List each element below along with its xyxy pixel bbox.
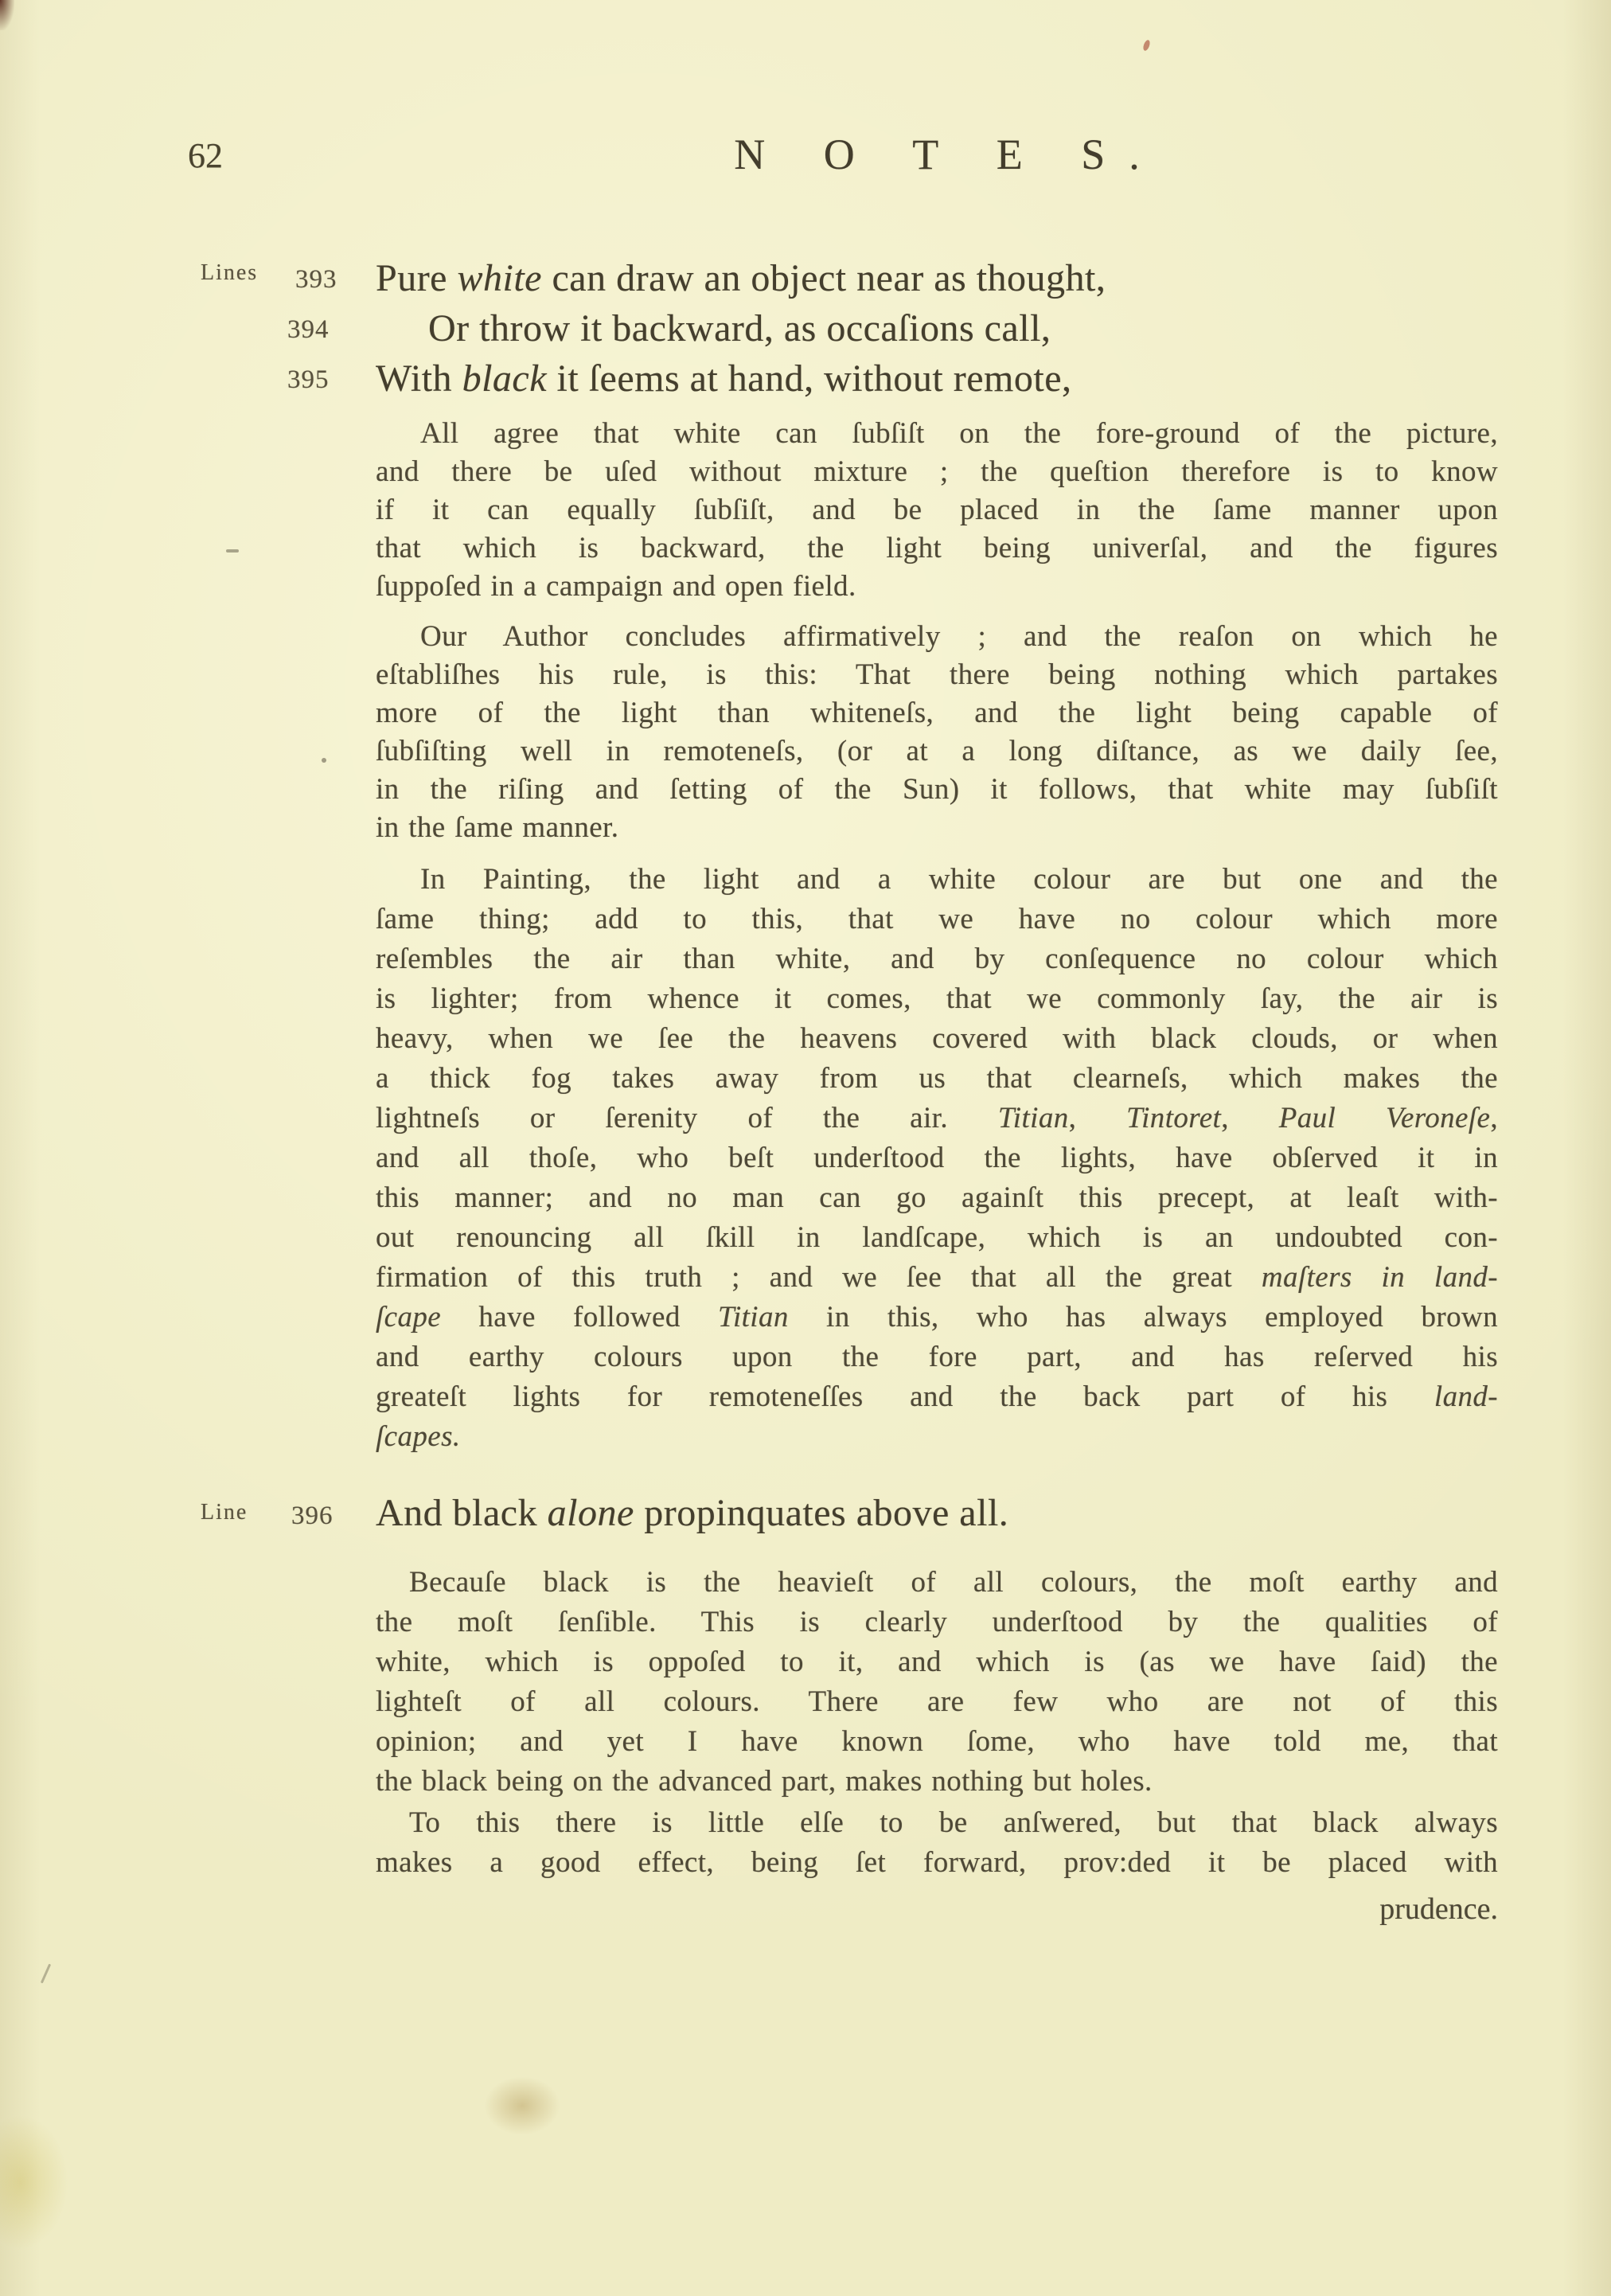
paper-speck-red — [1142, 39, 1151, 52]
note-text-line: greateſt lights for remoteneſſes and the… — [376, 1377, 1498, 1417]
note-paragraph-4: Becauſe black is the heavieſt of all col… — [376, 1563, 1498, 1802]
catchword: prudence. — [376, 1892, 1498, 1927]
note-text-line: in the ſame manner. — [376, 809, 1498, 847]
note-text-line: eſtabliſhes his rule, is this: That ther… — [376, 656, 1498, 694]
verse-line: Pure white can draw an object near as th… — [376, 253, 1498, 303]
margin-line-number-396: 396 — [291, 1501, 334, 1531]
note-paragraph-1: All agree that white can ſubſiſt on the … — [376, 415, 1498, 606]
verse-quotation: Pure white can draw an object near as th… — [376, 253, 1498, 404]
running-head-title: N O T E S. — [376, 130, 1498, 179]
note-text-line: is lighter; from whence it comes, that w… — [376, 979, 1498, 1019]
note-text-line: ſcapes. — [376, 1417, 1498, 1457]
note-text-line: white, which is oppoſed to it, and which… — [376, 1642, 1498, 1682]
note-text-line: more of the light than whiteneſs, and th… — [376, 694, 1498, 732]
note-text-line: To this there is little elſe to be anſwe… — [376, 1803, 1498, 1843]
note-paragraph-3: In Painting, the light and a white colou… — [376, 860, 1498, 1457]
page-number: 62 — [188, 135, 223, 176]
note-text-line: Our Author concludes affirmatively ; and… — [376, 618, 1498, 656]
note-text-line: firmation of this truth ; and we ſee tha… — [376, 1258, 1498, 1298]
margin-label-lines-word: Lines — [201, 260, 258, 286]
note-text-line: and all thoſe, who beſt underſtood the l… — [376, 1138, 1498, 1178]
margin-label-line-word: Line — [201, 1500, 248, 1525]
note-text-line: and there be uſed without mixture ; the … — [376, 453, 1498, 491]
note-text-line: the moſt ſenſible. This is clearly under… — [376, 1603, 1498, 1642]
verse-line: And black alone propinquates above all. — [376, 1488, 1498, 1538]
scan-edge-mark — [0, 0, 14, 30]
note-text-line: ſcape have followed Titian in this, who … — [376, 1298, 1498, 1337]
note-text-line: In Painting, the light and a white colou… — [376, 860, 1498, 900]
note-text-line: reſembles the air than white, and by con… — [376, 939, 1498, 979]
note-text-line: Becauſe black is the heavieſt of all col… — [376, 1563, 1498, 1603]
book-page-scan: 62 N O T E S. Lines 393 394 395 Pure whi… — [0, 0, 1611, 2296]
note-text-line: lighteſt of all colours. There are few w… — [376, 1682, 1498, 1722]
verse-line: With black it ſeems at hand, without rem… — [376, 353, 1498, 404]
paper-stain-yellow — [0, 2114, 68, 2250]
margin-line-number-395: 395 — [287, 365, 330, 395]
margin-line-number-393: 393 — [295, 265, 337, 295]
note-text-line: lightneſs or ſerenity of the air. Titian… — [376, 1099, 1498, 1138]
paper-speck-dot — [322, 758, 326, 763]
note-text-line: ſubſiſting well in remoteneſs, (or at a … — [376, 732, 1498, 771]
paper-speck-slash — [41, 1964, 51, 1984]
note-text-line: opinion; and yet I have known ſome, who … — [376, 1722, 1498, 1762]
note-text-line: that which is backward, the light being … — [376, 529, 1498, 568]
note-text-line: heavy, when we ſee the heavens covered w… — [376, 1019, 1498, 1059]
note-text-line: and earthy colours upon the fore part, a… — [376, 1337, 1498, 1377]
note-text-line: in the riſing and ſetting of the Sun) it… — [376, 771, 1498, 809]
note-text-line: out renouncing all ſkill in landſcape, w… — [376, 1218, 1498, 1258]
paper-speck-dash — [226, 549, 239, 553]
note-text-line: this manner; and no man can go againſt t… — [376, 1178, 1498, 1218]
note-text-line: the black being on the advanced part, ma… — [376, 1762, 1498, 1802]
note-text-line: All agree that white can ſubſiſt on the … — [376, 415, 1498, 453]
note-paragraph-5: To this there is little elſe to be anſwe… — [376, 1803, 1498, 1883]
note-text-line: a thick fog takes away from us that clea… — [376, 1059, 1498, 1099]
verse-line-396: And black alone propinquates above all. — [376, 1488, 1498, 1538]
margin-line-number-394: 394 — [287, 315, 330, 345]
note-text-line: if it can equally ſubſiſt, and be placed… — [376, 491, 1498, 529]
paper-stain-brown — [484, 2076, 560, 2135]
note-paragraph-2: Our Author concludes affirmatively ; and… — [376, 618, 1498, 847]
note-text-line: makes a good effect, being ſet forward, … — [376, 1843, 1498, 1883]
note-text-line: ſame thing; add to this, that we have no… — [376, 900, 1498, 939]
verse-line: Or throw it backward, as occaſions call, — [376, 303, 1498, 353]
note-text-line: ſuppoſed in a campaign and open field. — [376, 568, 1498, 606]
